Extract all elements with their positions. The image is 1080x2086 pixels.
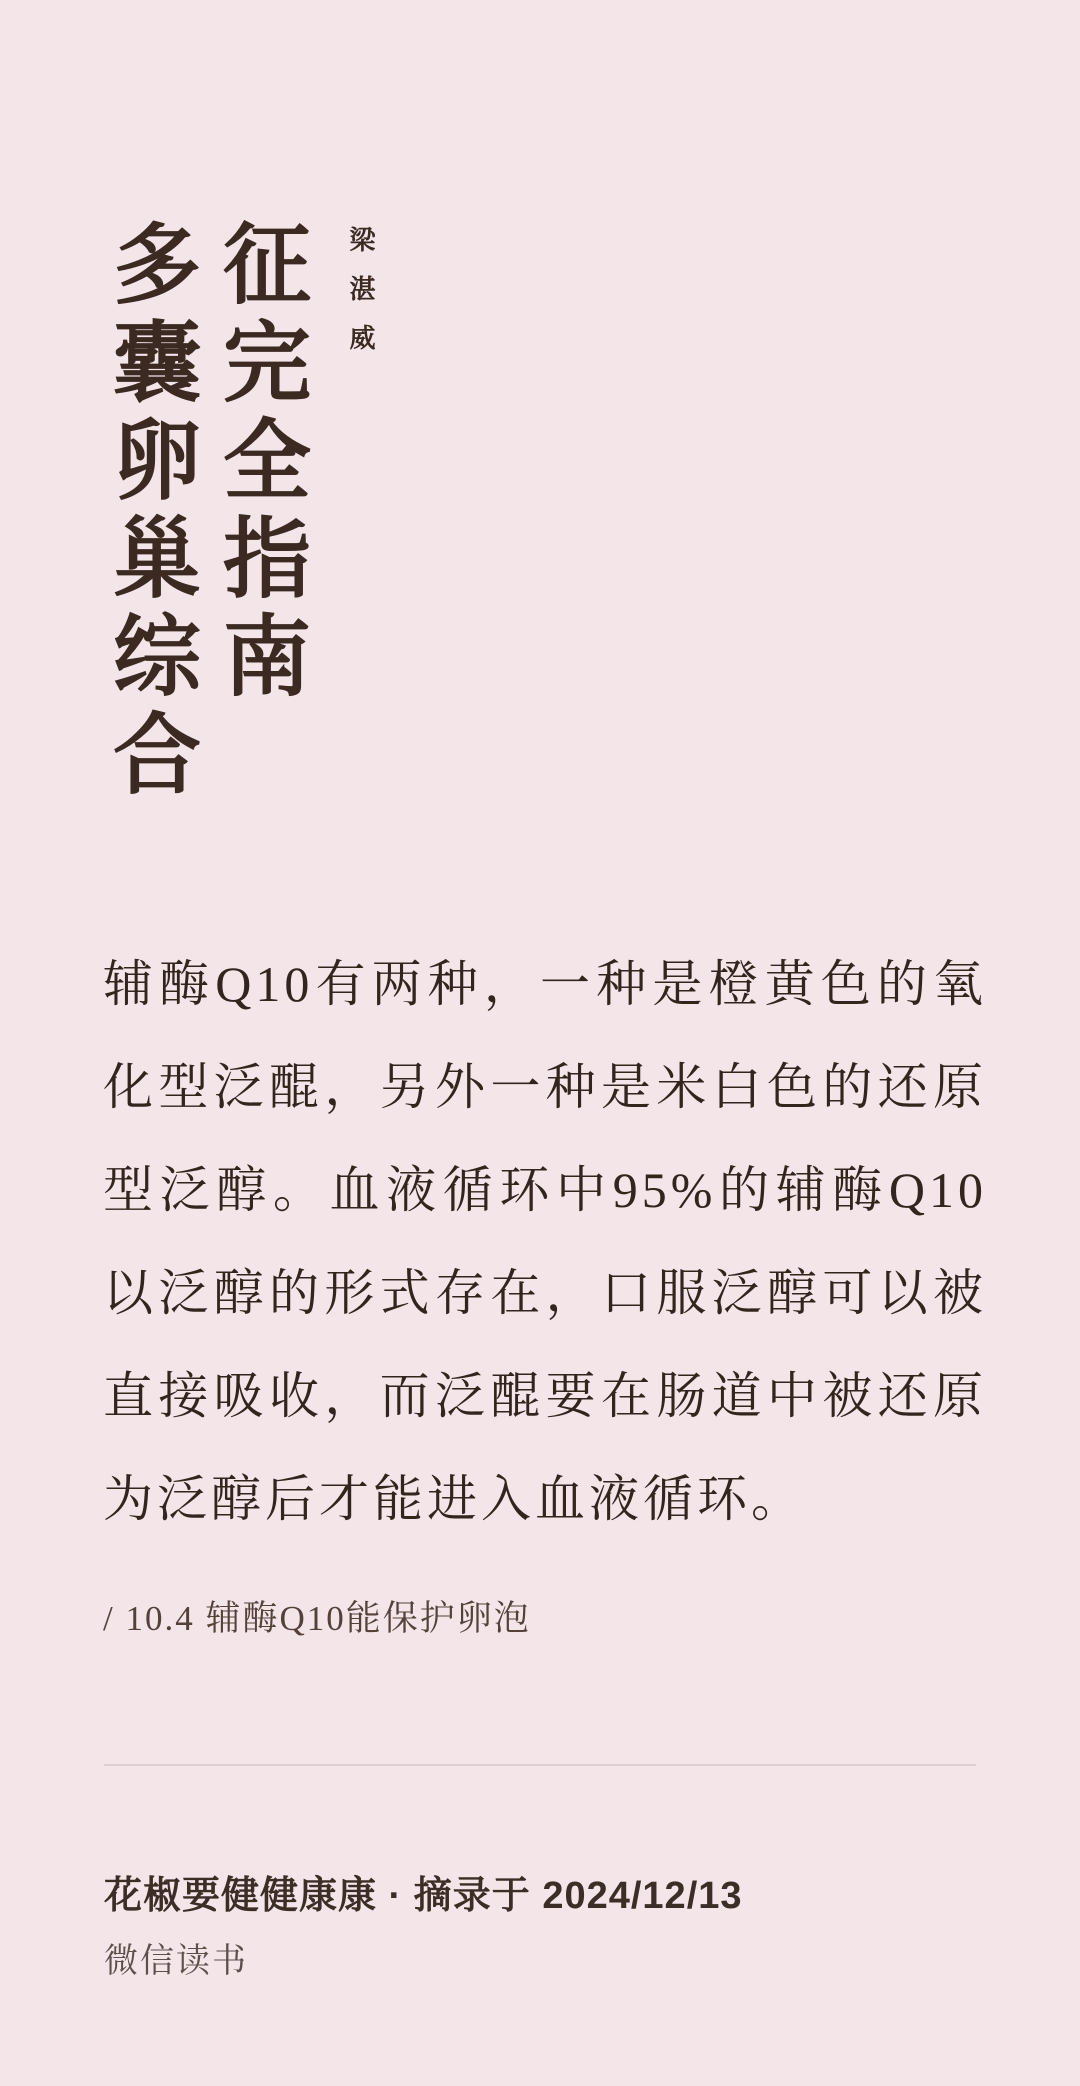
quote-share-card: 多囊卵巢综合 征完全指南 梁湛威 辅酶Q10有两种，一种是橙黄色的氧化型泛醌，另… (0, 0, 1080, 2086)
attribution-line: 花椒要健健康康 · 摘录于 2024/12/13 (104, 1877, 743, 1915)
book-title-column-1: 多囊卵巢综合 (104, 218, 192, 806)
chapter-reference: / 10.4 辅酶Q10能保护卵泡 (103, 1601, 531, 1636)
divider-line (104, 1764, 976, 1766)
book-title-column-2: 征完全指南 (214, 218, 302, 708)
app-name: 微信读书 (104, 1944, 248, 1978)
author-name: 梁湛威 (347, 226, 373, 373)
quote-body-text: 辅酶Q10有两种，一种是橙黄色的氧化型泛醌，另外一种是米白色的还原型泛醇。血液循… (103, 933, 987, 1551)
